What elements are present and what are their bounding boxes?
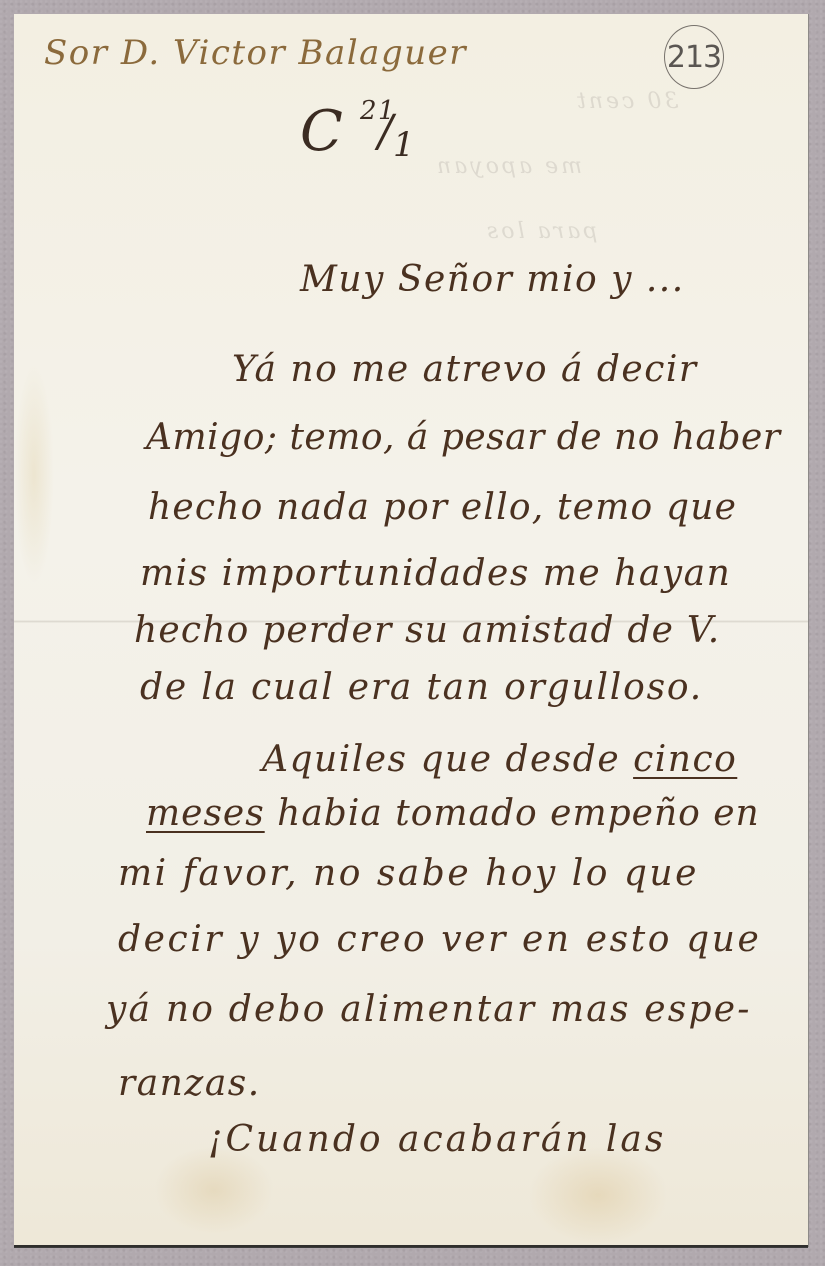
underlined-word: cinco (633, 739, 737, 780)
archive-mark-letter: C (300, 104, 344, 160)
underlined-word: meses (146, 793, 265, 834)
bleed-through-text: me apoyan (434, 154, 582, 179)
body-line: mi favor, no sabe hoy lo que (118, 856, 699, 892)
body-text: Aquiles que desde (262, 739, 633, 780)
address-line: Sor D. Victor Balaguer (44, 36, 467, 70)
body-line: yá no debo alimentar mas espe- (106, 992, 752, 1028)
body-line: ranzas. (118, 1066, 261, 1102)
body-text: habia tomado empeño en (265, 793, 760, 834)
body-line: meses habia tomado empeño en (146, 796, 760, 832)
paper-stain (14, 364, 54, 584)
body-line: decir y yo creo ver en esto que (118, 922, 761, 958)
bleed-through-text: 30 cent (574, 89, 678, 114)
archive-mark-slash: / (378, 110, 394, 154)
bleed-through-text: para los (484, 219, 597, 244)
folio-number: 213 (664, 25, 724, 89)
archive-mark-denominator: 1 (393, 128, 416, 162)
body-line: Amigo; temo, á pesar de no haber (146, 420, 781, 456)
body-line: Yá no me atrevo á decir (232, 352, 698, 388)
body-line: mis importunidades me hayan (140, 556, 731, 592)
body-line: hecho nada por ello, temo que (148, 490, 737, 526)
body-line: de la cual era tan orgulloso. (140, 670, 703, 706)
paper-stain (528, 1145, 668, 1245)
body-line: ¡Cuando acabarán las (208, 1122, 666, 1158)
body-line: hecho perder su amistad de V. (134, 613, 720, 649)
salutation: Muy Señor mio y ... (300, 262, 685, 298)
body-line: Aquiles que desde cinco (262, 742, 737, 778)
